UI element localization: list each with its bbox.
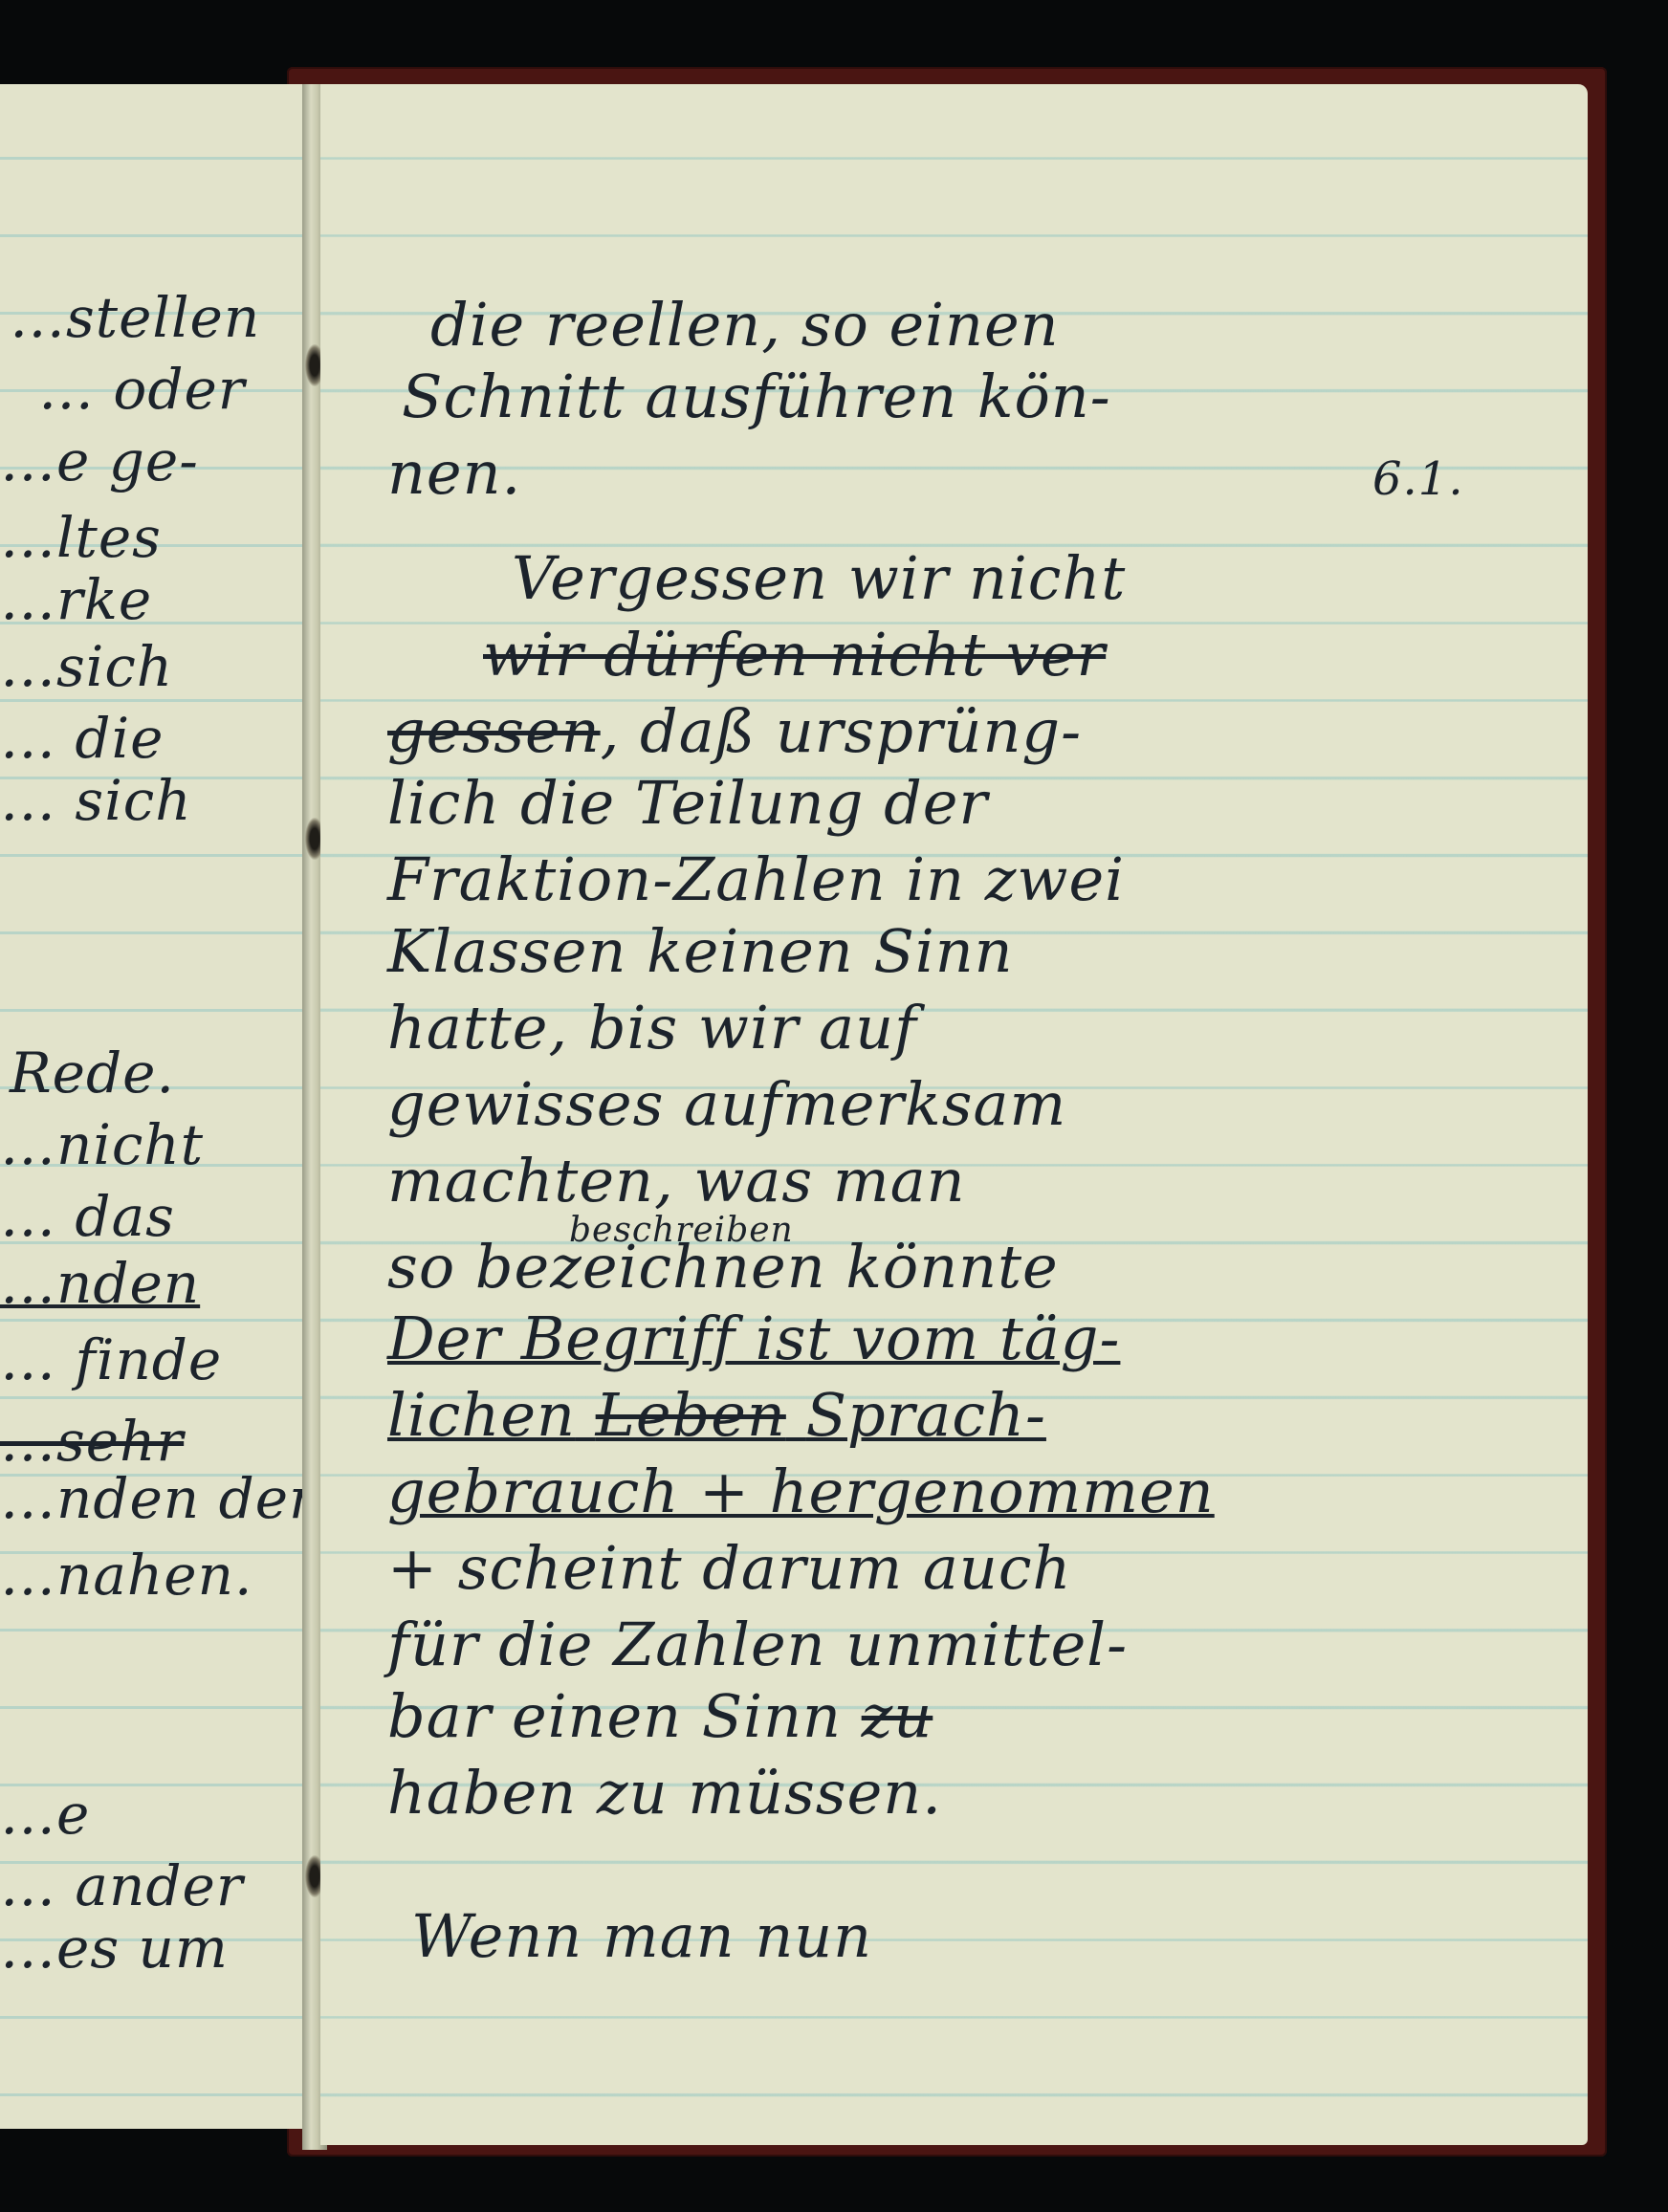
text-line: so bezeichnen könnte: [387, 1232, 1059, 1302]
text-line: Wenn man nun: [411, 1901, 872, 1971]
left-fragment: …sich: [0, 634, 173, 699]
left-fragment: …ltes: [0, 505, 162, 570]
left-fragment: … finde: [0, 1327, 222, 1392]
left-fragment: …nden: [0, 1251, 200, 1316]
text-line: nen.: [387, 438, 521, 508]
left-fragment: …stellen: [10, 285, 260, 350]
text-line: Fraktion-Zahlen in zwei: [387, 844, 1125, 914]
left-page: …stellen … oder …e ge- …ltes …rke …sich …: [0, 84, 310, 2129]
left-fragment: … die: [0, 706, 164, 771]
text-line: Klassen keinen Sinn: [387, 916, 1014, 986]
underlined-line: lichen Leben Sprach-: [387, 1380, 1046, 1450]
underlined-line: Der Begriff ist vom täg-: [387, 1303, 1120, 1373]
left-fragment: … oder: [38, 357, 246, 422]
text-line: haben zu müssen.: [387, 1758, 942, 1828]
text-line: lich die Teilung der: [387, 768, 988, 838]
text-line: für die Zahlen unmittel-: [387, 1610, 1128, 1679]
left-fragment: Rede.: [10, 1040, 175, 1106]
left-fragment: …nahen.: [0, 1543, 252, 1608]
text-line: gewisses aufmerksam: [387, 1069, 1066, 1139]
word: lichen: [387, 1380, 576, 1450]
entry-date: 6.1.: [1372, 452, 1464, 506]
left-fragment: …rke: [0, 567, 152, 632]
left-fragment: … ander: [0, 1853, 244, 1918]
struck-word: Leben: [596, 1380, 786, 1450]
left-fragment: …e ge-: [0, 428, 199, 493]
text-line: hatte, bis wir auf: [387, 993, 917, 1062]
left-fragment: … sich: [0, 768, 192, 833]
struck-word: gessen: [387, 696, 601, 766]
left-fragment: …e: [0, 1782, 90, 1847]
text-line: machten, was man: [387, 1146, 966, 1216]
text-line: bar einen Sinn zu: [387, 1681, 933, 1751]
text-line: Schnitt ausführen kön-: [402, 361, 1111, 431]
struck-word: zu: [862, 1681, 933, 1751]
left-fragment: …sehr: [0, 1409, 184, 1474]
text-line: gessen, daß ursprüng-: [387, 696, 1082, 766]
left-fragment: …nden der: [0, 1466, 317, 1531]
text-line: + scheint darum auch: [387, 1533, 1071, 1603]
text-line: die reellen, so einen: [430, 290, 1060, 360]
underlined-line: gebrauch + hergenommen: [387, 1456, 1215, 1526]
struck-line: wir dürfen nicht ver: [483, 620, 1106, 690]
right-page: die reellen, so einen Schnitt ausführen …: [320, 84, 1588, 2145]
word: bar einen Sinn: [387, 1681, 842, 1751]
left-fragment: …nicht: [0, 1112, 204, 1177]
text-line-rest: , daß ursprüng-: [601, 696, 1082, 766]
text-line: Vergessen wir nicht: [512, 543, 1126, 613]
word: Sprach-: [806, 1380, 1046, 1450]
left-fragment: …es um: [0, 1916, 229, 1981]
left-fragment: … das: [0, 1184, 175, 1249]
